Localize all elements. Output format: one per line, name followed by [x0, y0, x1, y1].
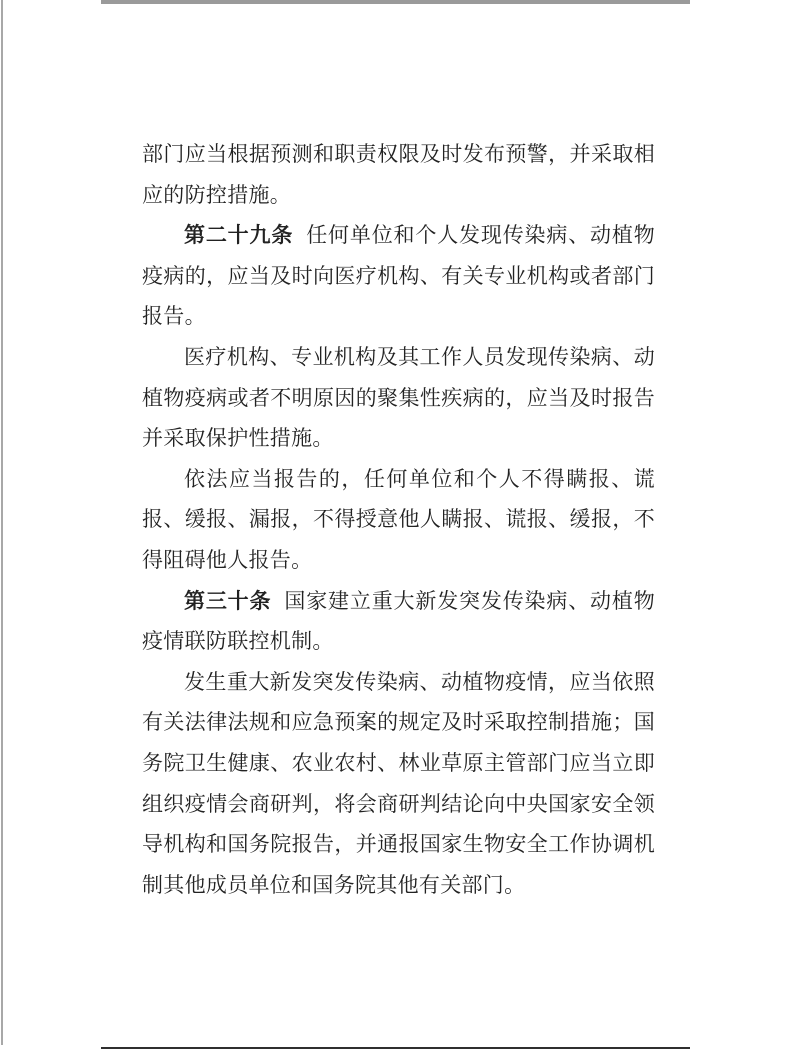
paragraph-text: 部门应当根据预测和职责权限及时发布预警，并采取相应的防控措施。: [142, 143, 655, 207]
page-left-edge-shadow: [1, 0, 3, 1045]
page-top-edge-shadow: [101, 0, 690, 4]
paragraph: 第二十九条任何单位和个人发现传染病、动植物疫病的，应当及时向医疗机构、有关专业机…: [142, 216, 655, 338]
paragraph: 依法应当报告的，任何单位和个人不得瞒报、谎报、缓报、漏报，不得授意他人瞒报、谎报…: [142, 460, 655, 582]
paragraph: 部门应当根据预测和职责权限及时发布预警，并采取相应的防控措施。: [142, 135, 655, 216]
paragraph-text: 医疗机构、专业机构及其工作人员发现传染病、动植物疫病或者不明原因的聚集性疾病的，…: [142, 346, 655, 450]
paragraph-text: 依法应当报告的，任何单位和个人不得瞒报、谎报、缓报、漏报，不得授意他人瞒报、谎报…: [142, 468, 655, 572]
page-bottom-edge-shadow: [101, 1047, 690, 1049]
paragraph: 医疗机构、专业机构及其工作人员发现传染病、动植物疫病或者不明原因的聚集性疾病的，…: [142, 338, 655, 460]
article-number: 第二十九条: [184, 224, 293, 247]
paragraph: 第三十条国家建立重大新发突发传染病、动植物疫情联防联控机制。: [142, 582, 655, 663]
document-body: 部门应当根据预测和职责权限及时发布预警，并采取相应的防控措施。 第二十九条任何单…: [142, 135, 655, 906]
paragraph: 发生重大新发突发传染病、动植物疫情，应当依照有关法律法规和应急预案的规定及时采取…: [142, 663, 655, 907]
paragraph-text: 发生重大新发突发传染病、动植物疫情，应当依照有关法律法规和应急预案的规定及时采取…: [142, 671, 655, 897]
article-number: 第三十条: [184, 590, 271, 613]
